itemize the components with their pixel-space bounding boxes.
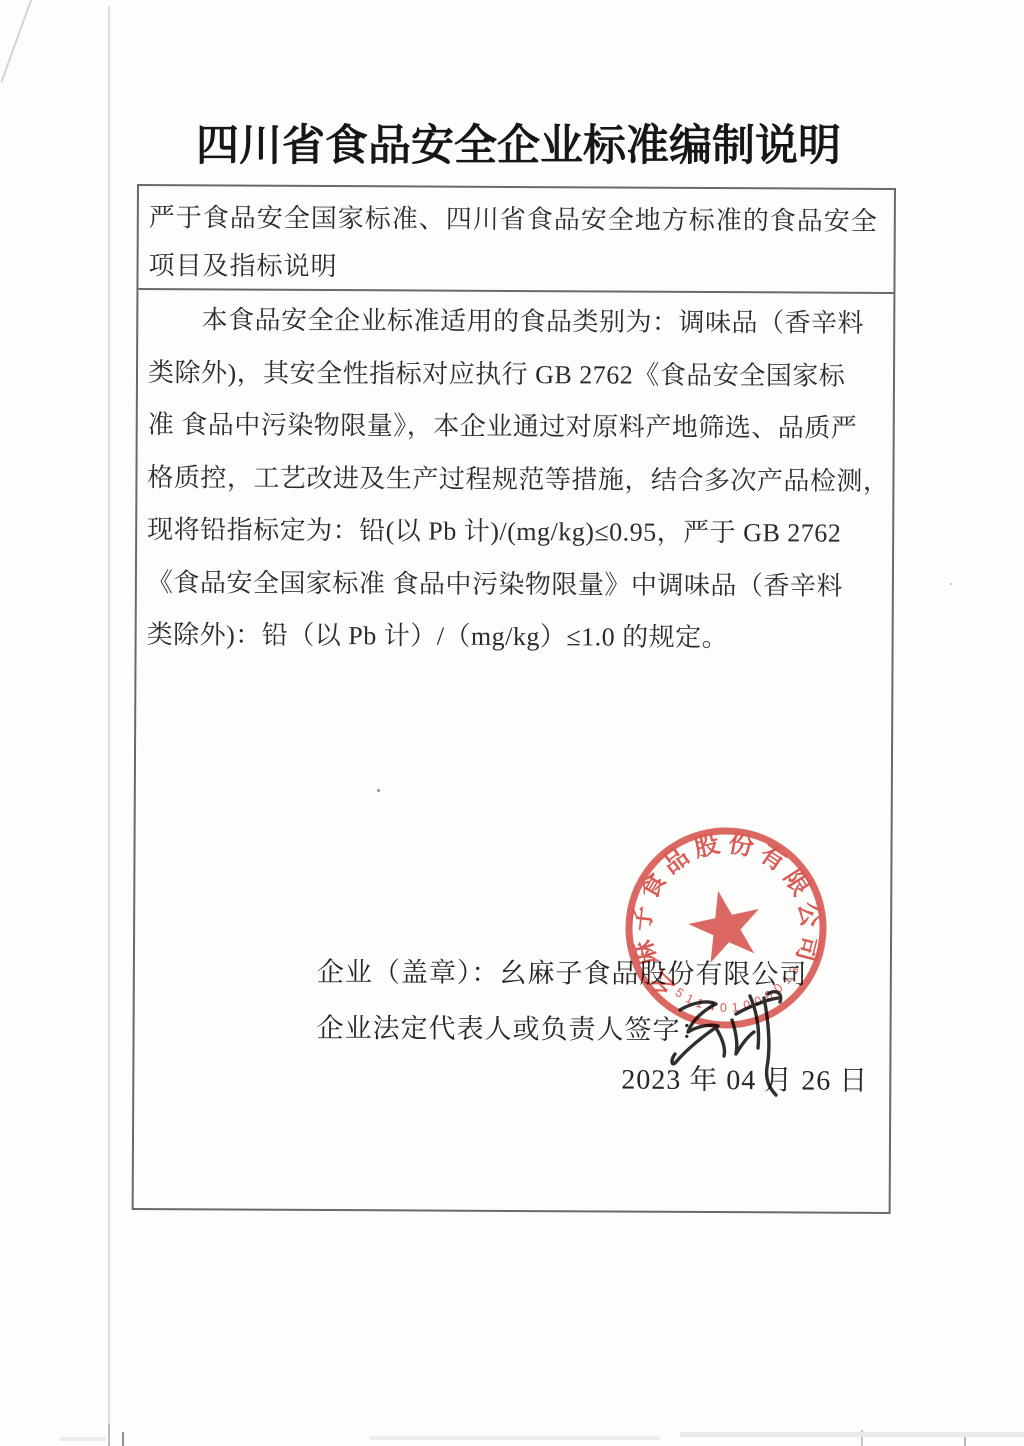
scan-artifact-smudge	[680, 1432, 1024, 1437]
body-paragraph-line: 现将铅指标定为：铅(以 Pb 计)/(mg/kg)≤0.95，严于 GB 276…	[147, 504, 884, 560]
signature-handwriting	[658, 983, 808, 1103]
scan-artifact-smudge	[60, 1437, 106, 1441]
scan-artifact-tick	[108, 1424, 110, 1446]
header-line: 项目及指标说明	[148, 242, 885, 294]
body-paragraph-line: 本食品安全企业标准适用的食品类别为：调味品（香辛料	[148, 294, 885, 350]
body-paragraph-line: 格质控，工艺改进及生产过程规范等措施，结合多次产品检测，	[147, 452, 884, 508]
scan-artifact-speck	[950, 583, 952, 585]
scan-paper-edge-line	[108, 6, 110, 1446]
body-paragraph-line: 《食品安全国家标准 食品中污染物限量》中调味品（香辛料	[147, 557, 884, 613]
body-paragraph-line: 准 食品中污染物限量》，本企业通过对原料产地筛选、品质严	[148, 399, 885, 455]
table-body-cell: 本食品安全企业标准适用的食品类别为：调味品（香辛料 类除外)，其安全性指标对应执…	[136, 290, 893, 665]
table-header-cell: 严于食品安全国家标准、四川省食品安全地方标准的食品安全 项目及指标说明	[138, 186, 894, 294]
seal-star-icon	[683, 883, 768, 965]
page-title: 四川省食品安全企业标准编制说明	[140, 120, 897, 172]
scanned-document-page: { "document": { "title": "四川省食品安全企业标准编制说…	[0, 0, 1024, 1446]
body-paragraph-line: 类除外)：铅（以 Pb 计）/（mg/kg）≤1.0 的规定。	[146, 609, 883, 665]
body-paragraph-line: 类除外)，其安全性指标对应执行 GB 2762《食品安全国家标	[148, 347, 885, 403]
header-line: 严于食品安全国家标准、四川省食品安全地方标准的食品安全	[149, 194, 886, 246]
scan-artifact-smudge	[370, 1436, 660, 1440]
scan-corner-edge-line	[0, 0, 33, 83]
scan-artifact-tick	[122, 1432, 124, 1446]
